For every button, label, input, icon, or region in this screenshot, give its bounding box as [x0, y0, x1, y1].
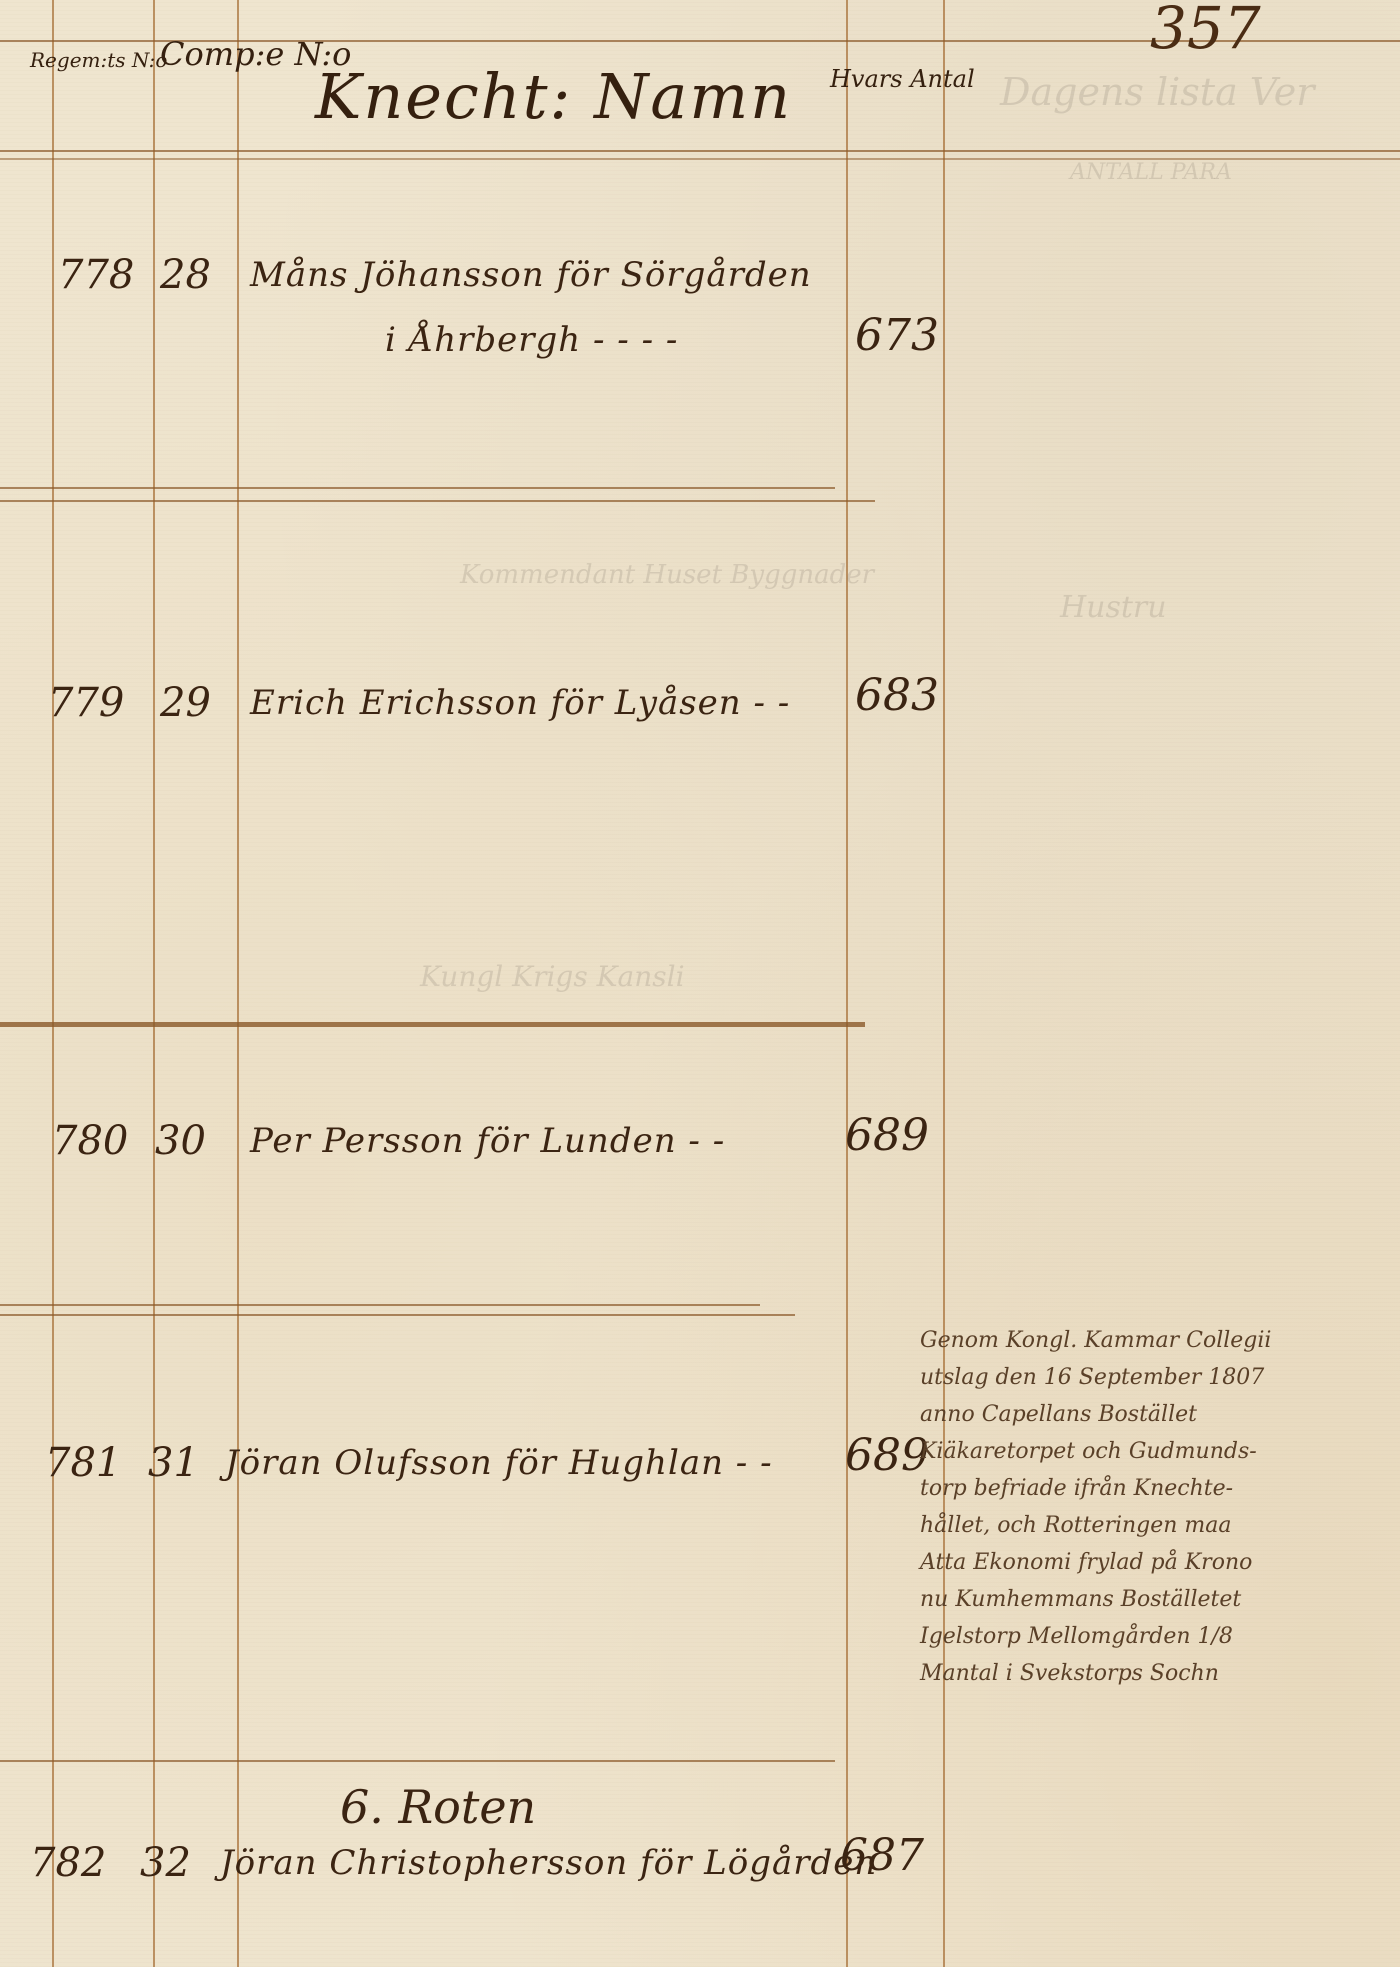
- marginal-note-line: Atta Ekonomi frylad på Krono: [920, 1544, 1390, 1581]
- header-bottom-rule: [0, 150, 1400, 152]
- section-heading-roten: 6. Roten: [340, 1780, 536, 1834]
- regement-number: 781: [45, 1440, 121, 1486]
- manuscript-page: Dagens lista Ver ANTALL PARA Hustru Komm…: [0, 0, 1400, 1967]
- entry-separator: [0, 487, 835, 489]
- bleed-through-text: Kungl Krigs Kansli: [420, 960, 685, 993]
- column-rule: [846, 0, 848, 1967]
- soldier-name: Måns Jöhansson för Sörgården: [250, 255, 812, 295]
- regement-number: 780: [52, 1118, 128, 1164]
- antal-value: 687: [840, 1830, 924, 1881]
- entry-separator: [0, 500, 875, 502]
- soldier-name: Jöran Olufsson för Hughlan - -: [225, 1443, 773, 1483]
- bleed-through-text: Dagens lista Ver: [1000, 70, 1314, 114]
- entry-separator: [0, 1022, 865, 1027]
- marginal-note-line: nu Kumhemmans Boställetet: [920, 1581, 1390, 1618]
- antal-value: 689: [845, 1430, 929, 1481]
- bleed-through-text: Kommendant Huset Byggnader: [460, 560, 874, 590]
- antal-value: 689: [845, 1110, 929, 1161]
- bleed-through-text: ANTALL PARA: [1070, 160, 1232, 185]
- antal-value: 673: [855, 310, 939, 361]
- page-number: 357: [1150, 0, 1261, 62]
- entry-separator: [0, 1304, 760, 1306]
- column-rule: [153, 0, 155, 1967]
- column-rule: [237, 0, 239, 1967]
- header-regement-no: Regem:ts N:o: [30, 42, 167, 78]
- entry-separator: [0, 1314, 795, 1316]
- regement-number: 782: [30, 1840, 106, 1886]
- marginal-note-line: anno Capellans Bostället: [920, 1396, 1390, 1433]
- entry-separator: [0, 1760, 835, 1762]
- company-number: 32: [140, 1840, 191, 1886]
- column-rule: [52, 0, 54, 1967]
- marginal-note-line: utslag den 16 September 1807: [920, 1359, 1390, 1396]
- marginal-note: Genom Kongl. Kammar Collegii utslag den …: [920, 1322, 1390, 1692]
- regement-number: 779: [48, 680, 124, 726]
- soldier-name: Jöran Christophersson för Lögården: [220, 1843, 877, 1883]
- marginal-note-line: Kiäkaretorpet och Gudmunds-: [920, 1433, 1390, 1470]
- soldier-name: Erich Erichsson för Lyåsen - -: [250, 683, 790, 723]
- soldier-name-cont: i Åhrbergh - - - -: [385, 320, 678, 360]
- soldier-name: Per Persson för Lunden - -: [250, 1121, 725, 1161]
- header-soldier-name: Knecht: Namn: [315, 60, 792, 133]
- marginal-note-line: torp befriade ifrån Knechte-: [920, 1470, 1390, 1507]
- regement-number: 778: [58, 252, 134, 298]
- marginal-note-line: Igelstorp Mellomgården 1/8: [920, 1618, 1390, 1655]
- header-antal: Hvars Antal: [830, 62, 975, 96]
- marginal-note-line: hållet, och Rotteringen maa: [920, 1507, 1390, 1544]
- bleed-through-text: Hustru: [1060, 590, 1167, 625]
- marginal-note-line: Genom Kongl. Kammar Collegii: [920, 1322, 1390, 1359]
- company-number: 31: [148, 1440, 199, 1486]
- company-number: 30: [155, 1118, 206, 1164]
- antal-value: 683: [855, 670, 939, 721]
- company-number: 28: [160, 252, 211, 298]
- marginal-note-line: Mantal i Svekstorps Sochn: [920, 1655, 1390, 1692]
- company-number: 29: [160, 680, 211, 726]
